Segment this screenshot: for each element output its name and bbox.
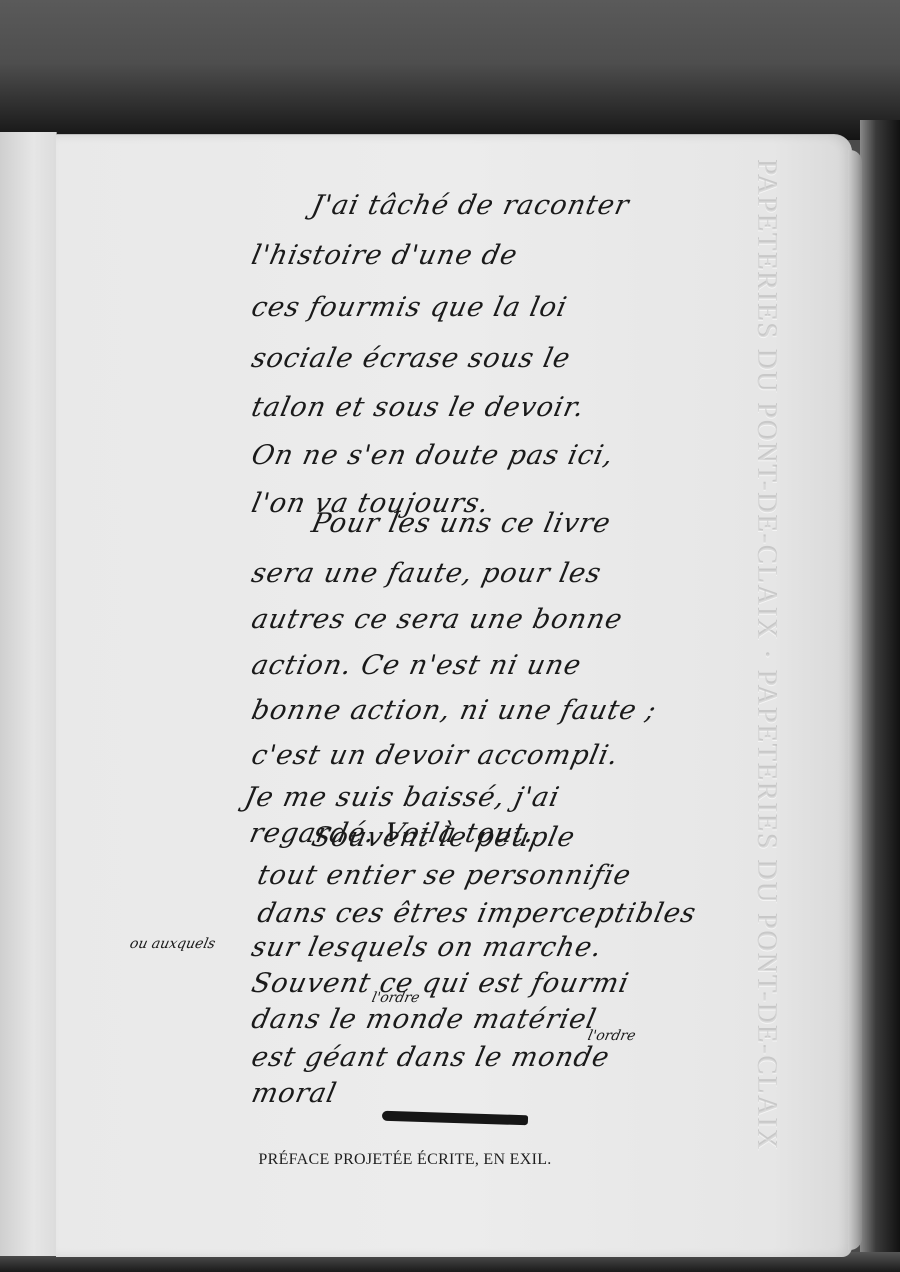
manuscript-line: action. Ce n'est ni une [249,650,585,681]
manuscript-line: talon et sous le devoir. [249,392,588,423]
manuscript-line: J'ai tâché de raconter [309,190,633,221]
manuscript-line: autres ce sera une bonne [249,604,626,635]
manuscript-line: sera une faute, pour les [249,558,605,589]
handwritten-manuscript: J'ai tâché de raconter l'histoire d'une … [0,0,900,1272]
manuscript-line: Souvent ce qui est fourmi [249,968,632,999]
manuscript-line: sociale écrase sous le [249,343,574,374]
margin-note: ou auxquels [128,936,216,952]
manuscript-line: dans le monde matériel [249,1004,600,1035]
manuscript-line: tout entier se personnifie [255,860,635,891]
manuscript-line: bonne action, ni une faute ; [249,695,660,726]
manuscript-line: sur lesquels on marche. [249,932,605,963]
manuscript-line: ces fourmis que la loi [249,292,570,323]
manuscript-line: c'est un devoir accompli. [249,740,622,771]
manuscript-line: l'histoire d'une de [249,240,521,271]
manuscript-line: moral [249,1078,340,1109]
ink-flourish-rule [382,1111,528,1126]
manuscript-line: est géant dans le monde [249,1042,613,1073]
manuscript-line: dans ces êtres imperceptibles [255,898,700,929]
manuscript-line: Pour les uns ce livre [309,508,614,539]
page-caption: PRÉFACE PROJETÉE ÉCRITE, EN EXIL. [0,1151,810,1169]
manuscript-line: Souvent le peuple [309,822,579,853]
manuscript-line: Je me suis baissé, j'ai [242,782,563,813]
manuscript-line: On ne s'en doute pas ici, [249,440,617,471]
